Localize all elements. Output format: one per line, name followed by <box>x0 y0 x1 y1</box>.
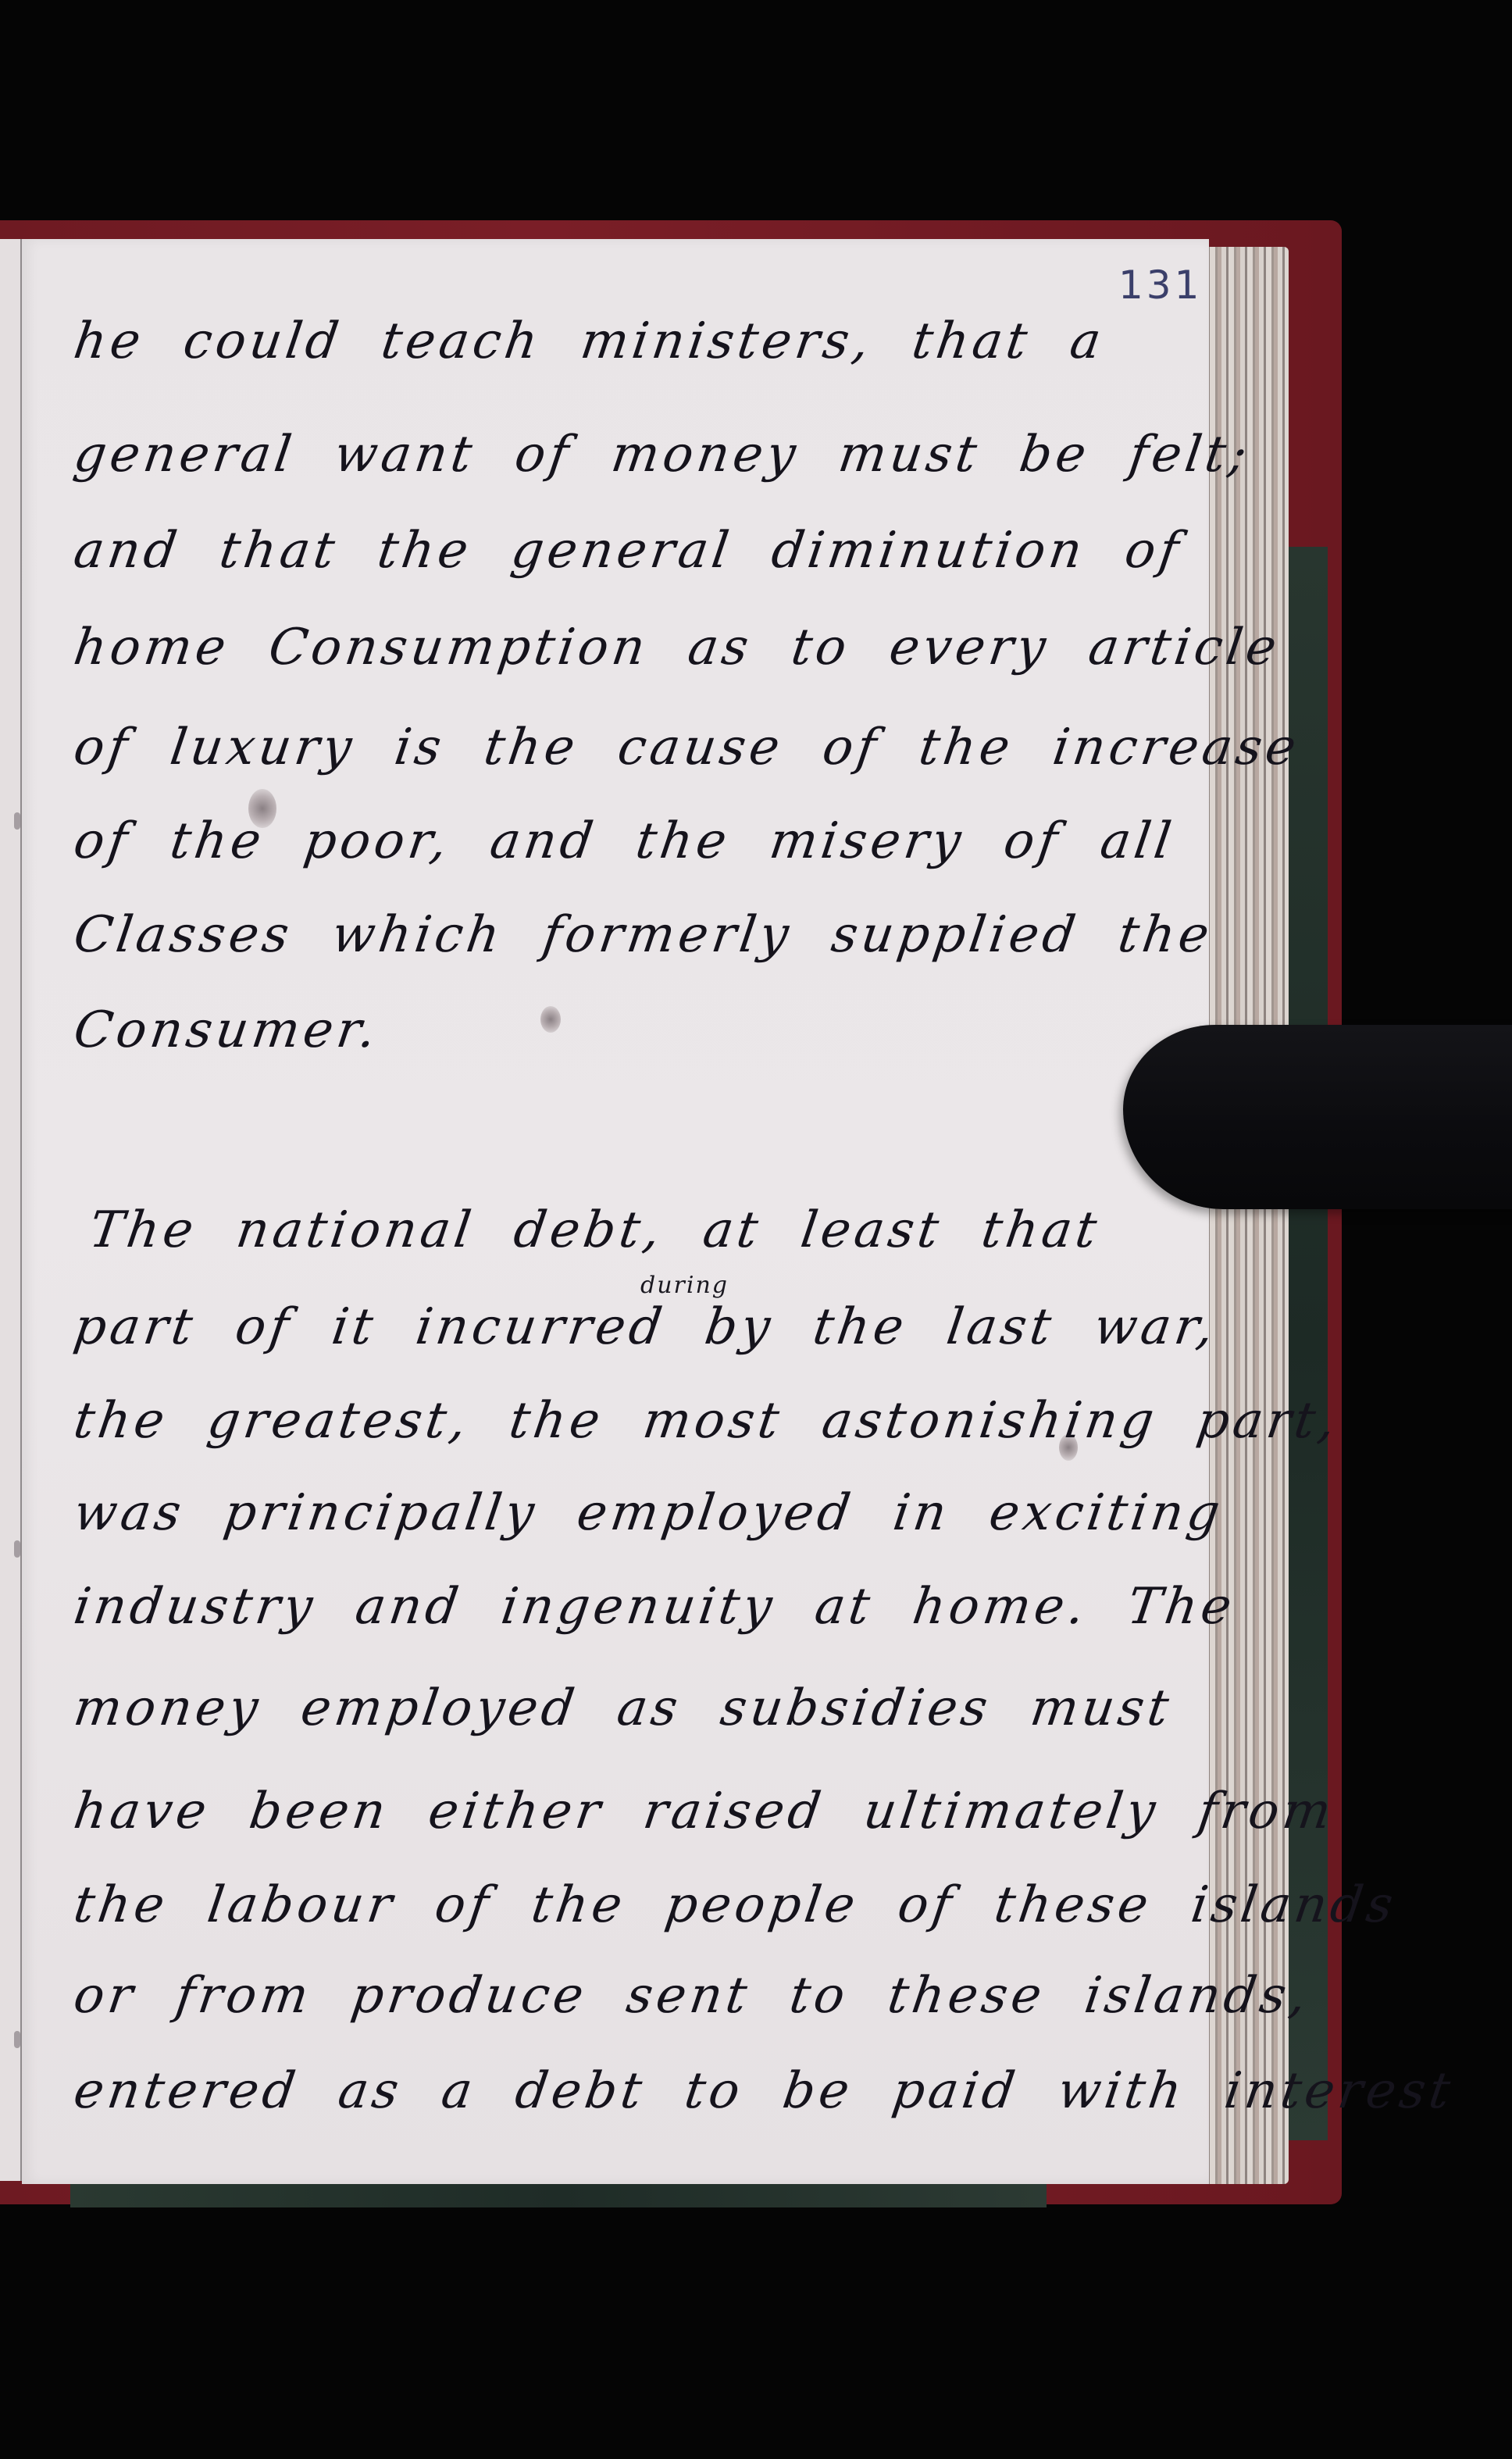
facing-page-edge <box>0 239 22 2181</box>
text-line: home Consumption as to every article <box>70 619 1284 676</box>
text-line: industry and ingenuity at home. The <box>70 1578 1239 1636</box>
binding-thread-mark <box>14 2031 20 2048</box>
text-line: the labour of the people of these island… <box>70 1876 1400 1934</box>
text-line: general want of money must be felt; <box>70 426 1254 484</box>
text-line: and that the general diminution of <box>70 522 1186 580</box>
interlinear-insertion: during <box>640 1272 729 1299</box>
text-line: or from produce sent to these islands, <box>70 1967 1314 2025</box>
text-line: of the poor, and the misery of all <box>70 812 1179 870</box>
text-line: part of it incurred by the last war, <box>70 1298 1221 1356</box>
page-weight <box>1123 1025 1512 1209</box>
text-line: he could teach ministers, that a <box>70 312 1108 370</box>
binding-thread-mark <box>14 1540 20 1558</box>
text-line: Classes which formerly supplied the <box>70 906 1216 964</box>
text-line: the greatest, the most astonishing part, <box>70 1392 1343 1450</box>
binding-thread-mark <box>14 812 20 830</box>
text-line: entered as a debt to be paid with intere… <box>70 2062 1457 2120</box>
page-number: 131 <box>1118 262 1202 308</box>
text-line: was principally employed in exciting <box>70 1484 1227 1542</box>
text-line: of luxury is the cause of the increase <box>70 719 1303 776</box>
ink-stain <box>540 1006 561 1033</box>
text-line: The national debt, at least that <box>86 1201 1104 1259</box>
text-line: money employed as subsidies must <box>70 1679 1176 1737</box>
text-line: Consumer. <box>70 1001 383 1059</box>
text-line: have been either raised ultimately from <box>70 1783 1339 1840</box>
